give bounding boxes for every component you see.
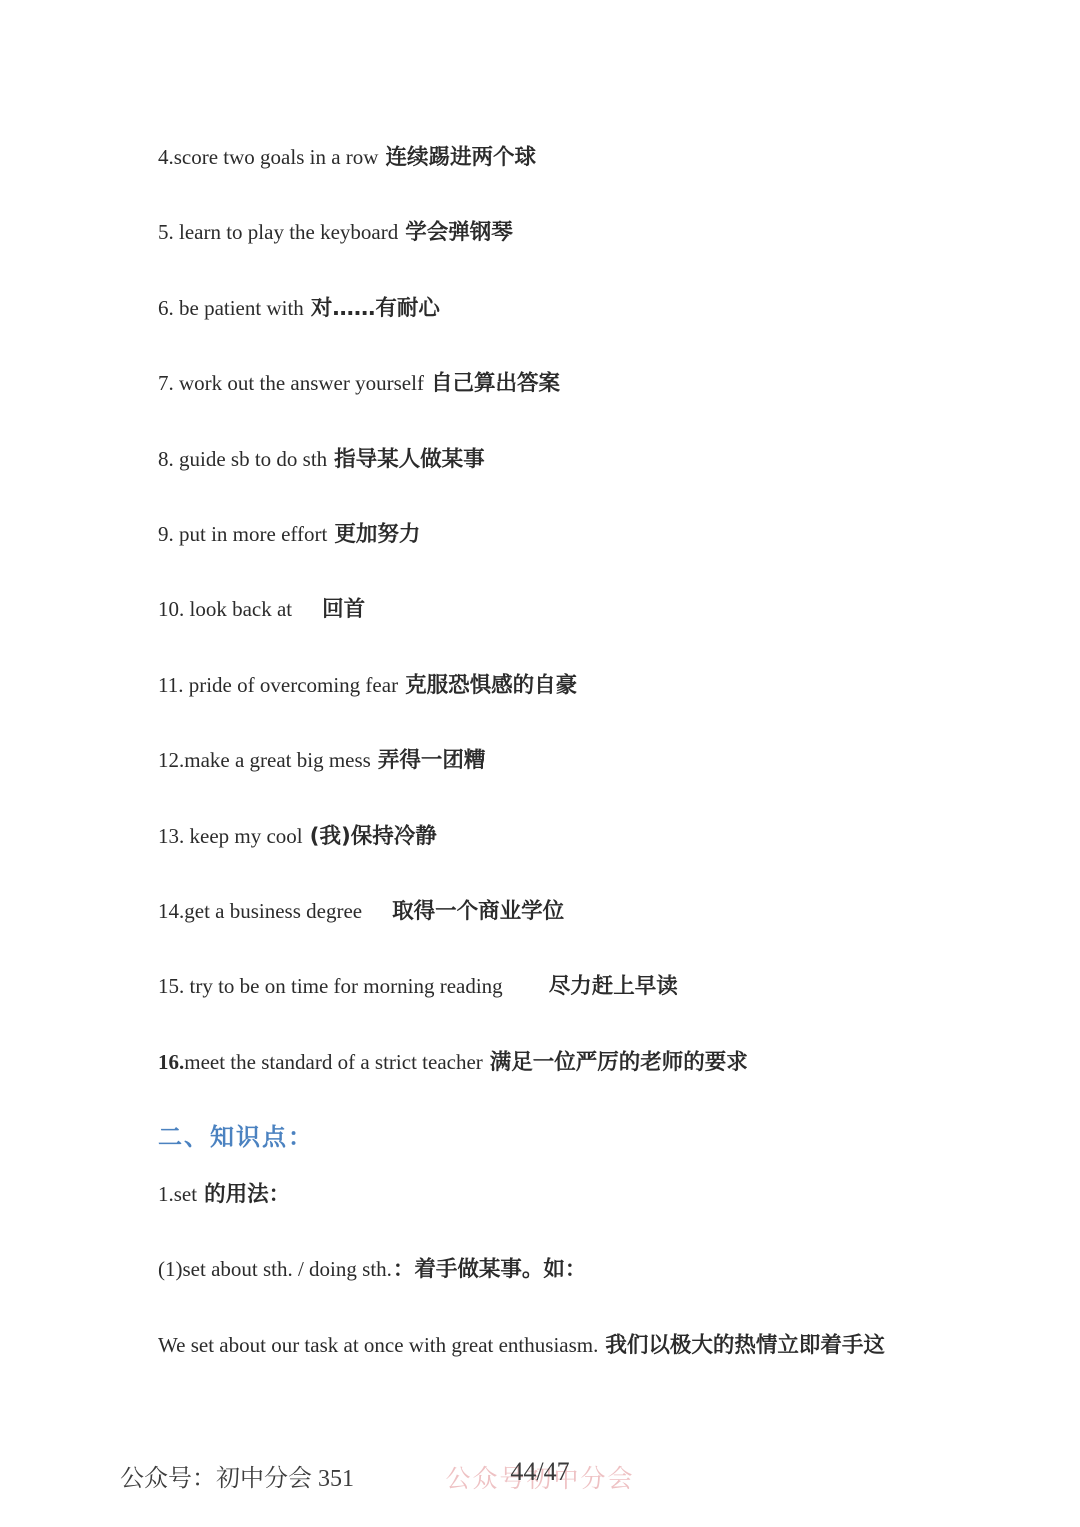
- phrase-number: 8.: [158, 447, 179, 471]
- document-page: 4.score two goals in a row连续踢进两个球 5. lea…: [0, 0, 1080, 1527]
- phrase-number: 15.: [158, 974, 190, 998]
- phrase-chinese: 连续踢进两个球: [385, 145, 536, 170]
- phrase-item-9: 9. put in more effort更加努力: [158, 497, 885, 572]
- phrase-number: 10.: [158, 597, 190, 621]
- knowledge-chinese: 我们以极大的热情立即着手这: [605, 1333, 885, 1358]
- phrase-number: 14.: [158, 899, 184, 923]
- phrase-chinese: 取得一个商业学位: [392, 899, 564, 924]
- phrase-number: 5.: [158, 220, 179, 244]
- phrase-english: keep my cool: [190, 824, 303, 848]
- phrase-chinese: 指导某人做某事: [334, 447, 485, 472]
- phrase-english: pride of overcoming fear: [189, 673, 398, 697]
- phrase-english: put in more effort: [179, 522, 327, 546]
- phrase-chinese: 自己算出答案: [431, 371, 560, 396]
- phrase-item-15: 15. try to be on time for morning readin…: [158, 949, 885, 1024]
- phrase-item-13: 13. keep my cool(我)保持冷静: [158, 799, 885, 874]
- phrase-item-10: 10. look back at回首: [158, 572, 885, 647]
- phrase-english: get a business degree: [184, 899, 362, 923]
- phrase-item-11: 11. pride of overcoming fear克服恐惧感的自豪: [158, 648, 885, 723]
- phrase-item-14: 14.get a business degree取得一个商业学位: [158, 874, 885, 949]
- knowledge-chinese: 的用法：: [204, 1182, 290, 1207]
- phrase-number: 12.: [158, 748, 184, 772]
- knowledge-item-2: (1)set about sth. / doing sth.：着手做某事。如：: [158, 1232, 885, 1307]
- phrase-english: make a great big mess: [184, 748, 371, 772]
- phrase-chinese: 对……有耐心: [311, 296, 440, 321]
- phrase-item-4: 4.score two goals in a row连续踢进两个球: [158, 120, 885, 195]
- phrase-number: 11.: [158, 673, 189, 697]
- phrase-number: 7.: [158, 371, 179, 395]
- phrase-item-6: 6. be patient with对……有耐心: [158, 271, 885, 346]
- knowledge-english: We set about our task at once with great…: [158, 1333, 598, 1357]
- phrase-chinese: (我)保持冷静: [310, 824, 437, 849]
- phrase-english: score two goals in a row: [174, 145, 379, 169]
- phrase-english: learn to play the keyboard: [179, 220, 398, 244]
- phrase-chinese: 克服恐惧感的自豪: [405, 673, 577, 698]
- knowledge-english: 1.set: [158, 1182, 197, 1206]
- phrase-item-12: 12.make a great big mess弄得一团糟: [158, 723, 885, 798]
- phrase-english: guide sb to do sth: [179, 447, 327, 471]
- phrase-chinese: 弄得一团糟: [378, 748, 486, 773]
- document-body: 4.score two goals in a row连续踢进两个球 5. lea…: [158, 120, 885, 1383]
- knowledge-item-1: 1.set的用法：: [158, 1157, 885, 1232]
- phrase-english: meet the standard of a strict teacher: [184, 1050, 483, 1074]
- page-indicator: 44/47: [510, 1457, 569, 1487]
- phrase-chinese: 尽力赶上早读: [549, 974, 678, 999]
- phrase-english: be patient with: [179, 296, 304, 320]
- phrase-number: 13.: [158, 824, 190, 848]
- knowledge-item-3: We set about our task at once with great…: [158, 1308, 885, 1383]
- phrase-chinese: 学会弹钢琴: [405, 220, 513, 245]
- phrase-item-5: 5. learn to play the keyboard学会弹钢琴: [158, 195, 885, 270]
- knowledge-english: (1)set about sth. / doing sth.: [158, 1257, 392, 1281]
- phrase-chinese: 回首: [322, 597, 365, 622]
- phrase-english: look back at: [190, 597, 293, 621]
- phrase-chinese: 更加努力: [334, 522, 420, 547]
- phrase-item-8: 8. guide sb to do sth指导某人做某事: [158, 422, 885, 497]
- knowledge-chinese: ：着手做某事。如：: [393, 1257, 587, 1282]
- phrase-item-16: 16.meet the standard of a strict teacher…: [158, 1025, 885, 1100]
- phrase-number: 16.: [158, 1050, 184, 1074]
- phrase-number: 9.: [158, 522, 179, 546]
- phrase-english: work out the answer yourself: [179, 371, 424, 395]
- phrase-english: try to be on time for morning reading: [190, 974, 503, 998]
- phrase-chinese: 满足一位严厉的老师的要求: [490, 1050, 748, 1075]
- phrase-item-7: 7. work out the answer yourself自己算出答案: [158, 346, 885, 421]
- phrase-number: 4.: [158, 145, 174, 169]
- phrase-number: 6.: [158, 296, 179, 320]
